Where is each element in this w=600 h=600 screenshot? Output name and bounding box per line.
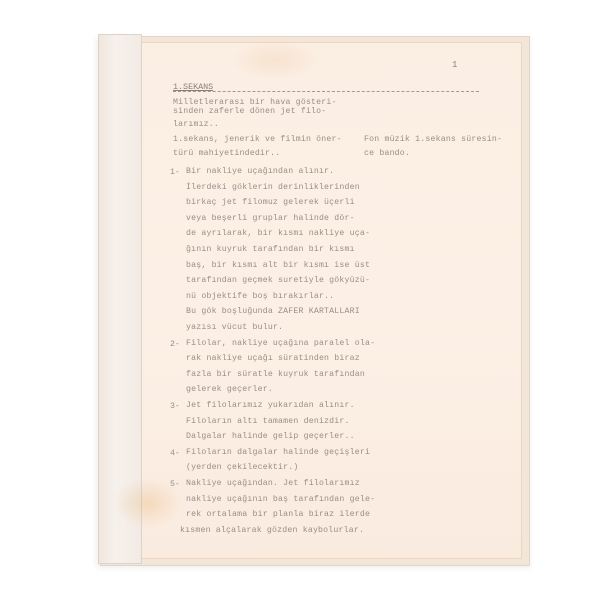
intro-line: larımız.. [173, 119, 219, 131]
item-line: baş, bir kısmı alt bir kısmı ise üst [186, 260, 370, 272]
item-number: 2- [170, 340, 180, 349]
item-line: kısmen alçalarak gözden kaybolurlar. [180, 525, 364, 537]
item-line: Filoların altı tamamen denizdir. [186, 416, 350, 428]
item-line: de ayrılarak, bir kısmı nakliye uça- [186, 228, 370, 240]
item-line: ğının kuyruk tarafından bir kısmı [186, 244, 355, 256]
item-line: birkaç jet filomuz gelerek üçerli [186, 197, 355, 209]
item-number: 4- [170, 449, 180, 458]
item-line: tarafından geçmek suretiyle gökyüzü- [186, 275, 370, 287]
item-line: nakliye uçağının baş tarafından gele- [186, 494, 375, 506]
item-line: Nakliye uçağından. Jet filolarımız [186, 478, 360, 490]
item-line: Bu gök boşluğunda ZAFER KARTALLARI [186, 306, 360, 318]
item-line: fazla bir süratle kuyruk tarafından [186, 369, 365, 381]
item-line: yazısı vücut bulur. [186, 322, 283, 334]
paper-stain [230, 40, 320, 80]
item-line: Filolar, nakliye uçağına paralel ola- [186, 338, 375, 350]
item-number: 3- [170, 402, 180, 411]
item-line: Jet filolarımız yukarıdan alınır. [186, 400, 355, 412]
item-line: İlerdeki göklerin derinliklerinden [186, 182, 360, 194]
sequence-note-line: türü mahiyetindedir.. [173, 148, 280, 160]
item-line: Filoların dalgalar halinde geçişleri [186, 447, 370, 459]
item-line: gelerek geçerler. [186, 384, 273, 396]
music-note-line: ce bando. [364, 148, 410, 160]
item-line: Dalgalar halinde gelip geçerler.. [186, 431, 355, 443]
heading-rule [173, 91, 479, 92]
item-line: nü objektife boş bırakırlar.. [186, 291, 334, 303]
item-number: 1- [170, 168, 180, 177]
item-line: (yerden çekilecektir.) [186, 462, 299, 474]
item-line: rek ortalama bir planla biraz ilerde [186, 509, 370, 521]
sequence-note-line: 1.sekans, jenerik ve filmin öner- [173, 134, 342, 146]
page-number: 1 [452, 60, 457, 70]
item-line: veya beşerli gruplar halinde dör- [186, 213, 355, 225]
item-number: 5- [170, 480, 180, 489]
item-line: Bir nakliye uçağından alınır. [186, 166, 334, 178]
intro-line: sinden zaferle dönen jet filo- [173, 106, 326, 118]
music-note-line: Fon müzik 1.sekans süresin- [364, 134, 502, 146]
item-line: rak nakliye uçağı süratinden biraz [186, 353, 360, 365]
